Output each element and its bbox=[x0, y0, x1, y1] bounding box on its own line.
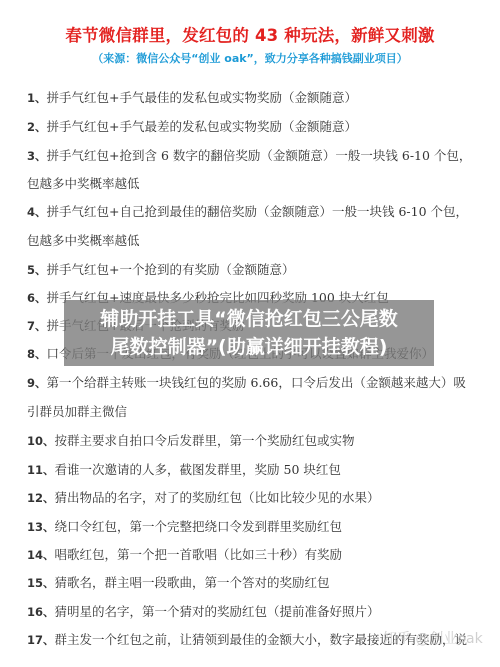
item-number: 16、 bbox=[27, 605, 55, 619]
list-item-3: 3、拼手气红包+抢到含 6 数字的翻倍奖励（金额随意）一般一块钱 6-10 个包… bbox=[27, 148, 471, 164]
item-number: 5、 bbox=[27, 263, 47, 277]
overlay-headline: 辅助开挂工具“微信抢红包三公尾数 尾数控制器”(助赢详细开挂教程) bbox=[64, 300, 434, 361]
item-number: 6、 bbox=[27, 291, 47, 305]
document-subtitle: （来源：微信公众号“创业 oak”，致力分享各种搞钱副业项目） bbox=[0, 50, 500, 66]
item-text: 按群主要求自拍口令后发群里，第一个奖励红包或实物 bbox=[55, 433, 355, 448]
document-title: 春节微信群里，发红包的 43 种玩法，新鲜又刺激 bbox=[0, 22, 500, 46]
list-item-4-continued: 包越多中奖概率越低 bbox=[27, 233, 140, 249]
item-text: 第一个给群主转账一块钱红包的奖励 6.66，口令后发出（金额越来越大）吸 bbox=[47, 375, 466, 390]
overlay-line-1: 辅助开挂工具“微信抢红包三公尾数 bbox=[64, 305, 434, 333]
item-number: 17、 bbox=[27, 633, 55, 647]
item-number: 11、 bbox=[27, 463, 55, 477]
item-number: 1、 bbox=[27, 91, 47, 105]
item-text: 猜歌名，群主唱一段歌曲，第一个答对的奖励红包 bbox=[55, 575, 330, 590]
item-text: 猜出物品的名字，对了的奖励红包（比如比较少见的水果） bbox=[55, 490, 380, 505]
item-text: 猜明星的名字，第一个猜对的奖励红包（提前准备好照片） bbox=[55, 604, 380, 619]
item-text: 拼手气红包+一个抢到的有奖励（金额随意） bbox=[47, 262, 295, 277]
list-item-11: 11、看谁一次邀请的人多，截图发群里，奖励 50 块红包 bbox=[27, 462, 341, 478]
item-number: 15、 bbox=[27, 576, 55, 590]
item-text: 拼手气红包+抢到含 6 数字的翻倍奖励（金额随意）一般一块钱 6-10 个包， bbox=[47, 148, 472, 163]
item-number: 3、 bbox=[27, 149, 47, 163]
item-text: 绕口令红包，第一个完整把绕口令发到群里奖励红包 bbox=[55, 519, 343, 534]
zhihu-watermark: 知乎 @创业oak bbox=[383, 628, 483, 648]
list-item-9-continued: 引群员加群主微信 bbox=[27, 404, 127, 420]
item-number: 13、 bbox=[27, 520, 55, 534]
list-item-16: 16、猜明星的名字，第一个猜对的奖励红包（提前准备好照片） bbox=[27, 604, 380, 620]
item-number: 9、 bbox=[27, 376, 47, 390]
list-item-10: 10、按群主要求自拍口令后发群里，第一个奖励红包或实物 bbox=[27, 433, 355, 449]
list-item-5: 5、拼手气红包+一个抢到的有奖励（金额随意） bbox=[27, 262, 295, 278]
list-item-3-continued: 包越多中奖概率越低 bbox=[27, 176, 140, 192]
list-item-2: 2、拼手气红包+手气最差的发私包或实物奖励（金额随意） bbox=[27, 119, 357, 135]
item-number: 12、 bbox=[27, 491, 55, 505]
headline-overlay-banner: 辅助开挂工具“微信抢红包三公尾数 尾数控制器”(助赢详细开挂教程) bbox=[64, 300, 434, 366]
item-number: 2、 bbox=[27, 120, 47, 134]
item-number: 8、 bbox=[27, 347, 47, 361]
item-number: 14、 bbox=[27, 548, 55, 562]
list-item-9: 9、第一个给群主转账一块钱红包的奖励 6.66，口令后发出（金额越来越大）吸 bbox=[27, 375, 466, 391]
item-text: 拼手气红包+手气最差的发私包或实物奖励（金额随意） bbox=[47, 119, 357, 134]
item-text: 看谁一次邀请的人多，截图发群里，奖励 50 块红包 bbox=[55, 462, 341, 477]
list-item-13: 13、绕口令红包，第一个完整把绕口令发到群里奖励红包 bbox=[27, 519, 342, 535]
item-number: 10、 bbox=[27, 434, 55, 448]
list-item-4: 4、拼手气红包+自己抢到最佳的翻倍奖励（金额随意）一般一块钱 6-10 个包， bbox=[27, 204, 468, 220]
document-image: 春节微信群里，发红包的 43 种玩法，新鲜又刺激 （来源：微信公众号“创业 oa… bbox=[0, 0, 500, 667]
item-number: 7、 bbox=[27, 319, 47, 333]
overlay-line-2: 尾数控制器”(助赢详细开挂教程) bbox=[64, 333, 434, 361]
item-text: 唱歌红包，第一个把一首歌唱（比如三十秒）有奖励 bbox=[55, 547, 343, 562]
list-item-14: 14、唱歌红包，第一个把一首歌唱（比如三十秒）有奖励 bbox=[27, 547, 342, 563]
item-text: 拼手气红包+手气最佳的发私包或实物奖励（金额随意） bbox=[47, 90, 357, 105]
list-item-12: 12、猜出物品的名字，对了的奖励红包（比如比较少见的水果） bbox=[27, 490, 380, 506]
list-item-15: 15、猜歌名，群主唱一段歌曲，第一个答对的奖励红包 bbox=[27, 575, 330, 591]
list-item-1: 1、拼手气红包+手气最佳的发私包或实物奖励（金额随意） bbox=[27, 90, 357, 106]
item-text: 拼手气红包+自己抢到最佳的翻倍奖励（金额随意）一般一块钱 6-10 个包， bbox=[47, 204, 469, 219]
item-number: 4、 bbox=[27, 205, 47, 219]
